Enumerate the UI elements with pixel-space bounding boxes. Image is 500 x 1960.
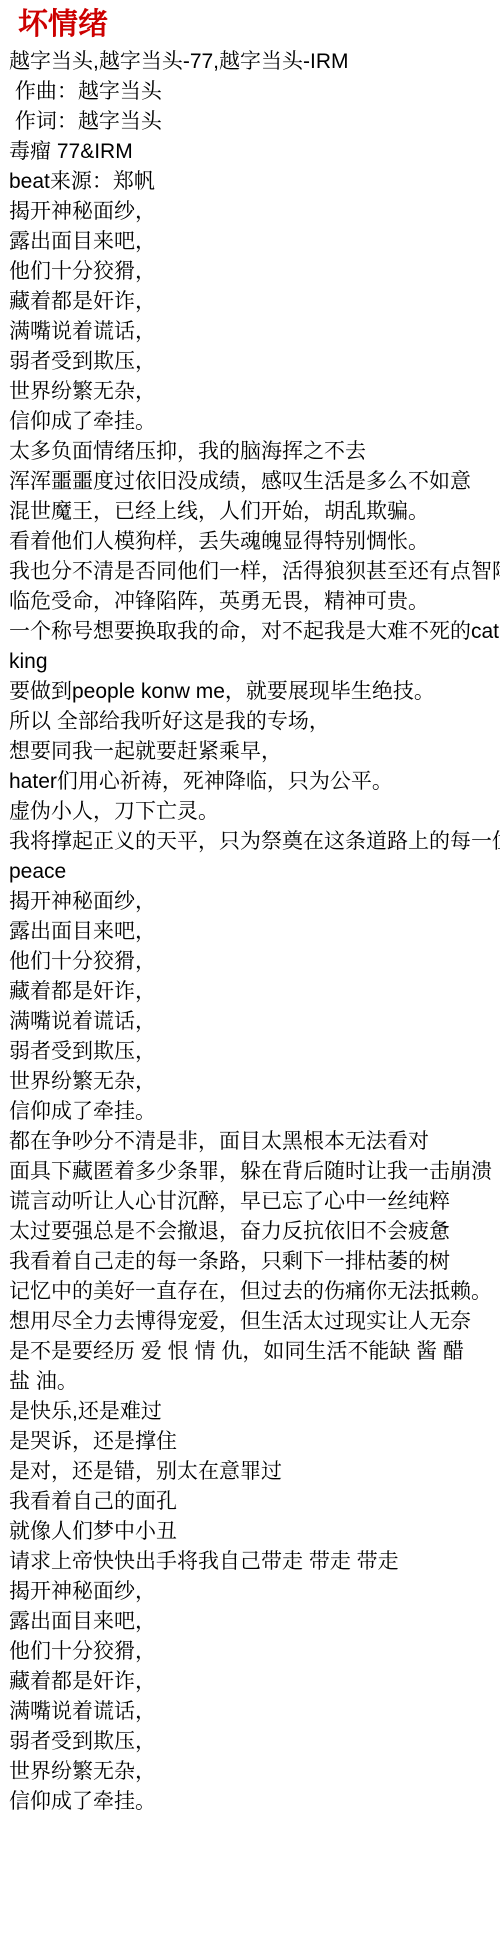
lyric-line: 信仰成了牵挂。 <box>9 1097 500 1127</box>
lyric-line: king <box>9 647 500 677</box>
lyric-line: 揭开神秘面纱， <box>9 197 500 227</box>
lyric-line: 揭开神秘面纱， <box>9 1577 500 1607</box>
lyric-line: 满嘴说着谎话， <box>9 1697 500 1727</box>
lyric-line: 他们十分狡猾， <box>9 1637 500 1667</box>
lyric-line: 露出面目来吧， <box>9 227 500 257</box>
credit-line: 作词：越字当头 <box>9 107 500 137</box>
lyric-line: 藏着都是奸诈， <box>9 1667 500 1697</box>
credit-line: 作曲：越字当头 <box>9 77 500 107</box>
lyric-line: 弱者受到欺压， <box>9 347 500 377</box>
credit-line: 毒瘤 77&IRM <box>9 137 500 167</box>
lyric-line: 要做到people konw me，就要展现毕生绝技。 <box>9 677 500 707</box>
lyric-line: 盐 油。 <box>9 1367 500 1397</box>
lyric-line: 他们十分狡猾， <box>9 947 500 977</box>
lyric-line: 看着他们人模狗样，丢失魂魄显得特别惆怅。 <box>9 527 500 557</box>
lyric-line: 想要同我一起就要赶紧乘早， <box>9 737 500 767</box>
lyric-line: 他们十分狡猾， <box>9 257 500 287</box>
lyric-line: 信仰成了牵挂。 <box>9 407 500 437</box>
lyric-line: 揭开神秘面纱， <box>9 887 500 917</box>
credit-line: beat来源：郑帆 <box>9 167 500 197</box>
lyric-line: 我将撑起正义的天平，只为祭奠在这条道路上的每一位 <box>9 827 500 857</box>
lyric-line: peace <box>9 857 500 887</box>
lyric-line: 露出面目来吧， <box>9 1607 500 1637</box>
credits-section: 作曲：越字当头 作词：越字当头毒瘤 77&IRMbeat来源：郑帆 <box>9 77 500 197</box>
lyric-line: 弱者受到欺压， <box>9 1037 500 1067</box>
lyric-line: 是快乐,还是难过 <box>9 1397 500 1427</box>
lyric-line: 一个称号想要换取我的命，对不起我是大难不死的cat <box>9 617 500 647</box>
lyric-line: 所以 全部给我听好这是我的专场， <box>9 707 500 737</box>
song-artists: 越字当头,越字当头-77,越字当头-IRM <box>9 47 500 77</box>
lyric-line: 是对，还是错，别太在意罪过 <box>9 1457 500 1487</box>
lyric-line: 就像人们梦中小丑 <box>9 1517 500 1547</box>
lyric-line: 谎言动听让人心甘沉醉，早已忘了心中一丝纯粹 <box>9 1187 500 1217</box>
lyric-line: 都在争吵分不清是非，面目太黑根本无法看对 <box>9 1127 500 1157</box>
lyric-line: 是哭诉，还是撑住 <box>9 1427 500 1457</box>
lyric-line: 请求上帝快快出手将我自己带走 带走 带走 <box>9 1547 500 1577</box>
lyric-line: 弱者受到欺压， <box>9 1727 500 1757</box>
lyric-line: 太多负面情绪压抑，我的脑海挥之不去 <box>9 437 500 467</box>
lyric-line: 信仰成了牵挂。 <box>9 1787 500 1817</box>
lyric-line: 我也分不清是否同他们一样，活得狼狈甚至还有点智障 <box>9 557 500 587</box>
lyric-line: 世界纷繁无杂， <box>9 1067 500 1097</box>
lyric-line: 满嘴说着谎话， <box>9 1007 500 1037</box>
lyrics-section: 揭开神秘面纱，露出面目来吧，他们十分狡猾，藏着都是奸诈，满嘴说着谎话，弱者受到欺… <box>9 197 500 1817</box>
lyric-line: 露出面目来吧， <box>9 917 500 947</box>
lyric-line: 满嘴说着谎话， <box>9 317 500 347</box>
lyric-line: 藏着都是奸诈， <box>9 977 500 1007</box>
lyric-line: 浑浑噩噩度过依旧没成绩，感叹生活是多么不如意 <box>9 467 500 497</box>
lyric-line: 我看着自己走的每一条路，只剩下一排枯萎的树 <box>9 1247 500 1277</box>
lyric-line: 我看着自己的面孔 <box>9 1487 500 1517</box>
lyric-line: 世界纷繁无杂， <box>9 1757 500 1787</box>
lyric-line: 世界纷繁无杂， <box>9 377 500 407</box>
lyric-line: 太过要强总是不会撤退，奋力反抗依旧不会疲惫 <box>9 1217 500 1247</box>
lyric-line: 记忆中的美好一直存在，但过去的伤痛你无法抵赖。 <box>9 1277 500 1307</box>
lyric-line: 想用尽全力去博得宠爱，但生活太过现实让人无奈 <box>9 1307 500 1337</box>
song-title: 坏情绪 <box>18 8 500 42</box>
lyric-line: 藏着都是奸诈， <box>9 287 500 317</box>
lyric-line: 临危受命，冲锋陷阵，英勇无畏，精神可贵。 <box>9 587 500 617</box>
lyric-line: hater们用心祈祷，死神降临，只为公平。 <box>9 767 500 797</box>
lyric-line: 虚伪小人，刀下亡灵。 <box>9 797 500 827</box>
lyric-line: 混世魔王，已经上线，人们开始，胡乱欺骗。 <box>9 497 500 527</box>
lyrics-page: 坏情绪 越字当头,越字当头-77,越字当头-IRM 作曲：越字当头 作词：越字当… <box>0 0 500 1817</box>
lyric-line: 是不是要经历 爱 恨 情 仇，如同生活不能缺 酱 醋 <box>9 1337 500 1367</box>
lyric-line: 面具下藏匿着多少条罪，躲在背后随时让我一击崩溃 <box>9 1157 500 1187</box>
